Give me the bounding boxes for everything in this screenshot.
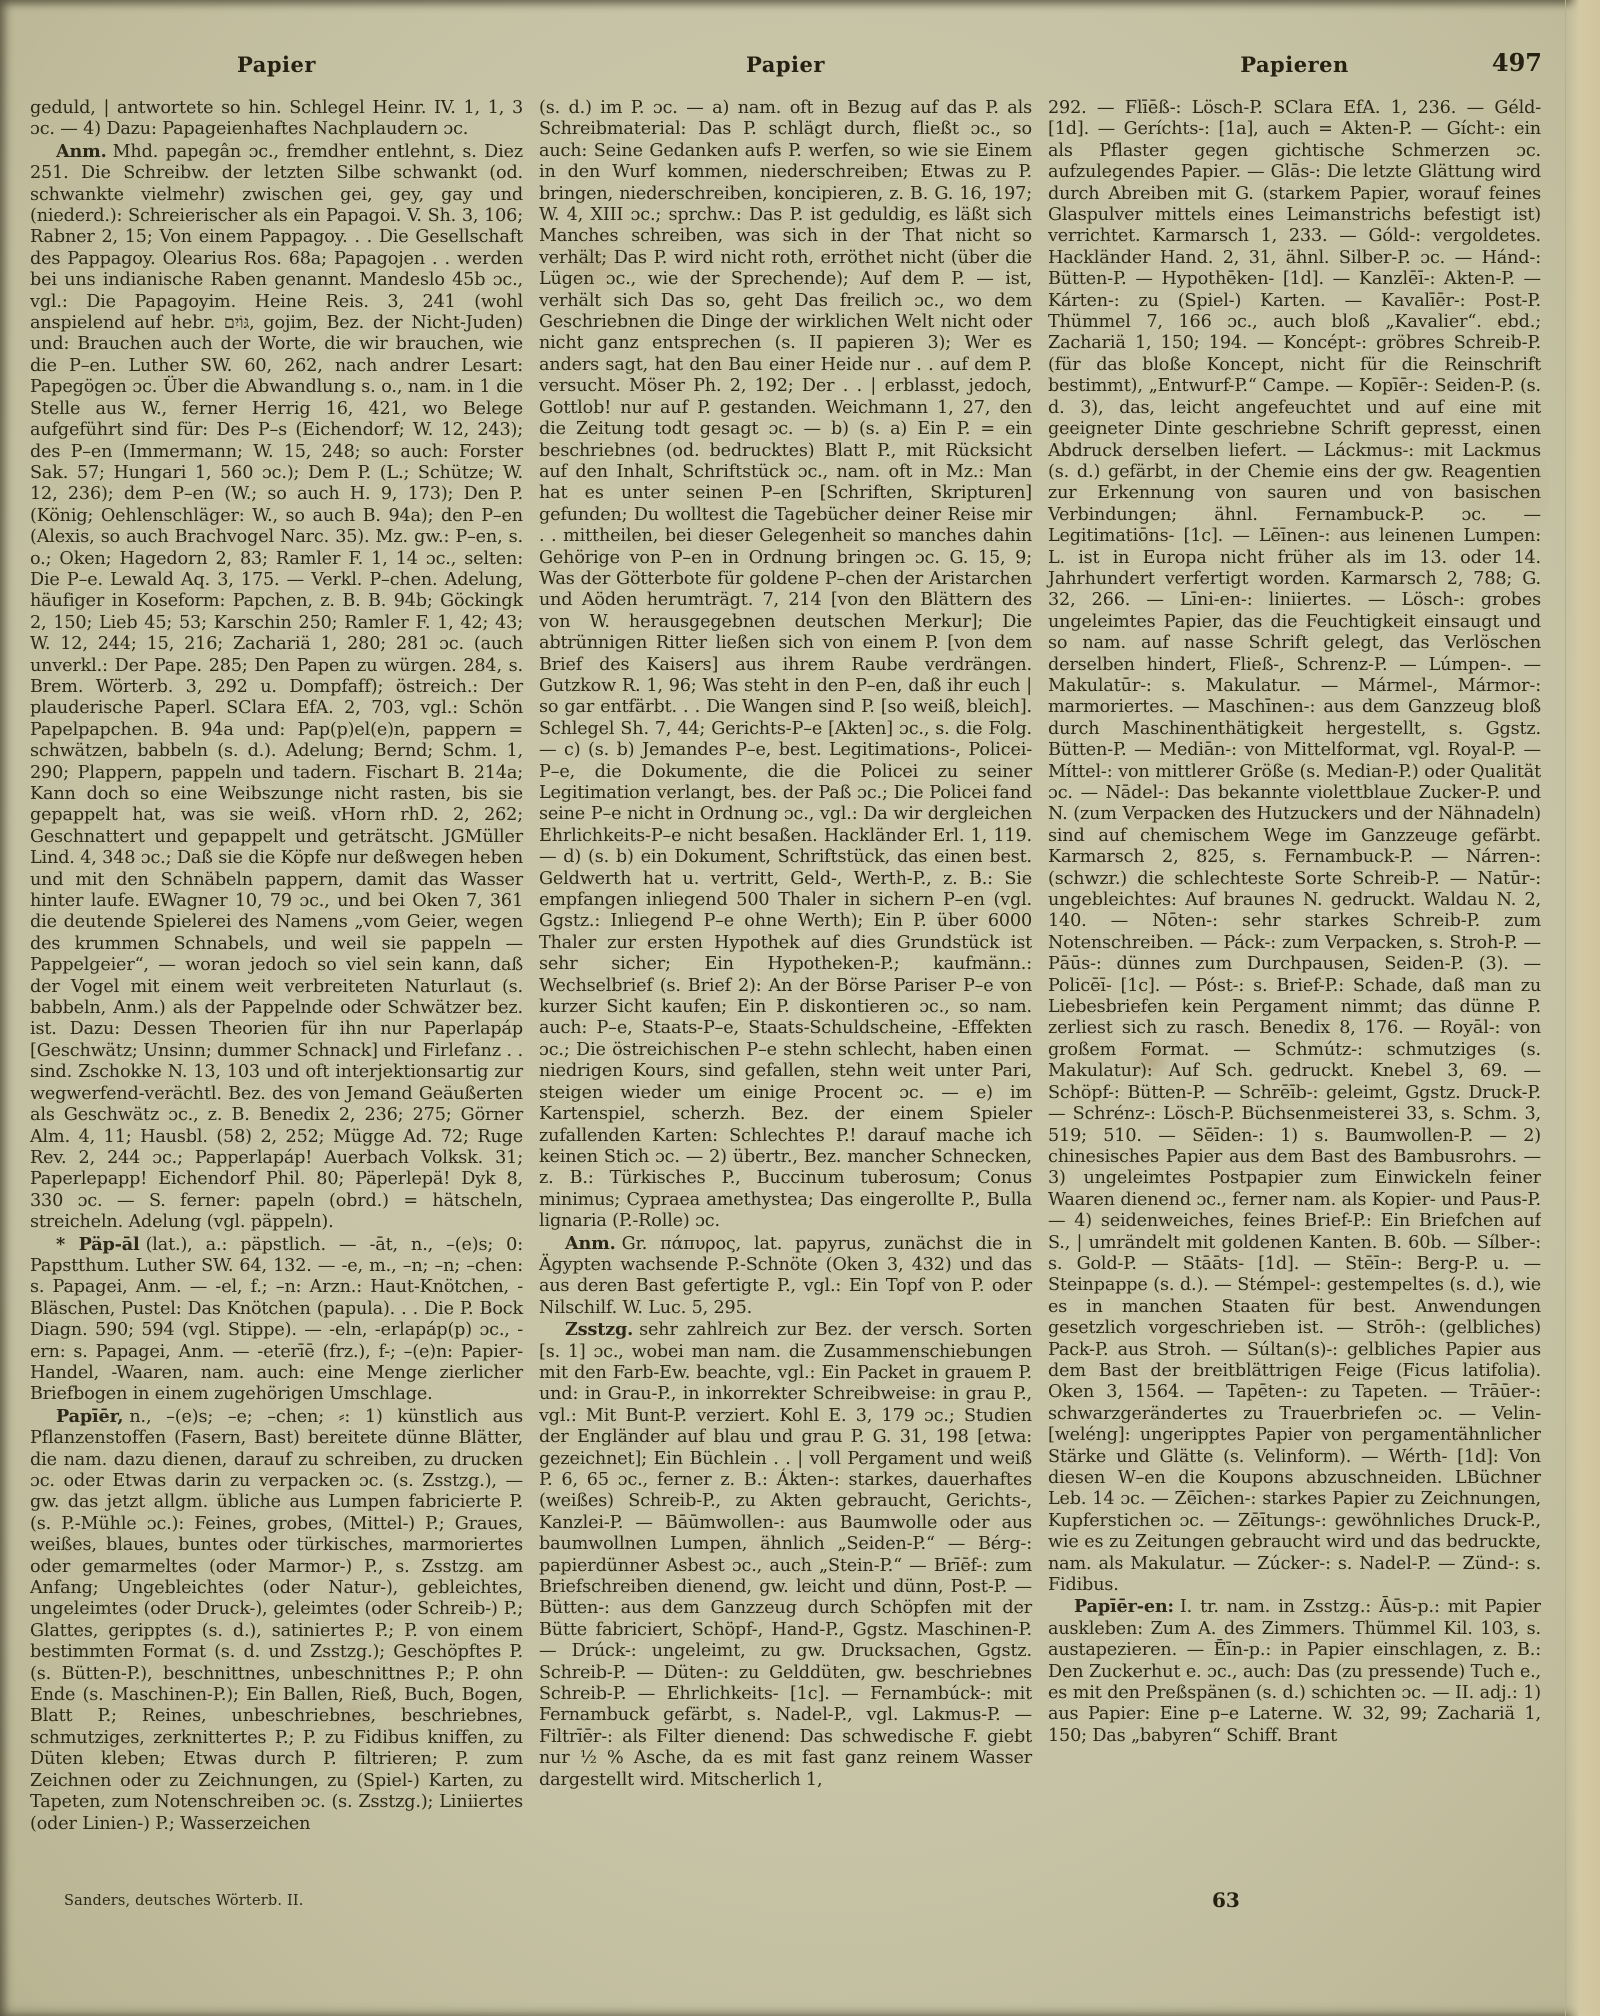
paragraph-text: sehr zahlreich zur Bez. der versch. Sort…	[539, 1320, 1032, 1790]
entry-headword: Papīēr-en:	[1074, 1596, 1174, 1617]
running-head-row: Papier Papier Papieren	[30, 52, 1543, 77]
running-head-column-2: Papier	[539, 52, 1032, 77]
entry-headword: Papīēr,	[56, 1406, 123, 1427]
column-2: (s. d.) im P. ɔc. — a) nam. oft in Bezug…	[539, 98, 1032, 1884]
paragraph-lead: Zsstzg.	[565, 1319, 633, 1340]
paragraph-text: Mhd. papegân ɔc., fremdher entlehnt, s. …	[30, 142, 523, 1232]
paragraph-lead: Anm.	[565, 1233, 616, 1254]
entry-papier: Papīēr,n., –(e)s; –e; –chen; ⸗: 1) künst…	[30, 1406, 523, 1835]
paragraph-text: I. tr. nam. in Zsstzg.: Āūs-p.: mit Papi…	[1048, 1597, 1541, 1745]
paragraph-lead: Anm.	[56, 141, 107, 162]
running-head-word: Papier	[746, 52, 825, 77]
paragraph-text: 292. — Flīēß-: Lösch-P. SClara EfA. 1, 2…	[1048, 98, 1541, 1595]
scanned-dictionary-page: Papier Papier Papieren 497 geduld, | ant…	[0, 0, 1600, 2016]
entry-papal: * Päp-āl(lat.), a.: päpstlich. — -āt, n.…	[30, 1234, 523, 1406]
paragraph-anm: Anm.Gr. πάπυρος, lat. papyrus, zunächst …	[539, 1233, 1032, 1320]
paragraph-text: (s. d.) im P. ɔc. — a) nam. oft in Bezug…	[539, 98, 1032, 1231]
signature-imprint: Sanders, deutsches Wörterb. II.	[64, 1893, 304, 1909]
entry-headword: * Päp-āl	[56, 1234, 140, 1255]
page-number: 497	[1492, 48, 1542, 77]
paragraph-text: n., –(e)s; –e; –chen; ⸗: 1) künstlich au…	[30, 1407, 523, 1834]
column-1: geduld, | antwortete so hin. Schlegel He…	[30, 98, 523, 1884]
paragraph-zsstzg: Zsstzg.sehr zahlreich zur Bez. der versc…	[539, 1319, 1032, 1791]
running-head-word: Papieren	[1240, 52, 1349, 77]
sheet-number: 63	[1212, 1888, 1240, 1912]
paragraph-continuation: 292. — Flīēß-: Lösch-P. SClara EfA. 1, 2…	[1048, 98, 1541, 1596]
paragraph-continuation: (s. d.) im P. ɔc. — a) nam. oft in Bezug…	[539, 98, 1032, 1233]
text-columns: geduld, | antwortete so hin. Schlegel He…	[30, 98, 1541, 1884]
running-head-column-3: Papieren	[1048, 52, 1541, 77]
paragraph-text: geduld, | antwortete so hin. Schlegel He…	[30, 98, 523, 139]
paragraph-continuation: geduld, | antwortete so hin. Schlegel He…	[30, 98, 523, 141]
column-3: 292. — Flīēß-: Lösch-P. SClara EfA. 1, 2…	[1048, 98, 1541, 1884]
entry-papieren: Papīēr-en:I. tr. nam. in Zsstzg.: Āūs-p.…	[1048, 1596, 1541, 1747]
paragraph-anm: Anm.Mhd. papegân ɔc., fremdher entlehnt,…	[30, 141, 523, 1234]
paper-edge	[1565, 0, 1600, 2016]
running-head-column-1: Papier	[30, 52, 523, 77]
running-head-word: Papier	[237, 52, 316, 77]
paragraph-text: (lat.), a.: päpstlich. — -āt, n., –(e)s;…	[30, 1235, 523, 1405]
